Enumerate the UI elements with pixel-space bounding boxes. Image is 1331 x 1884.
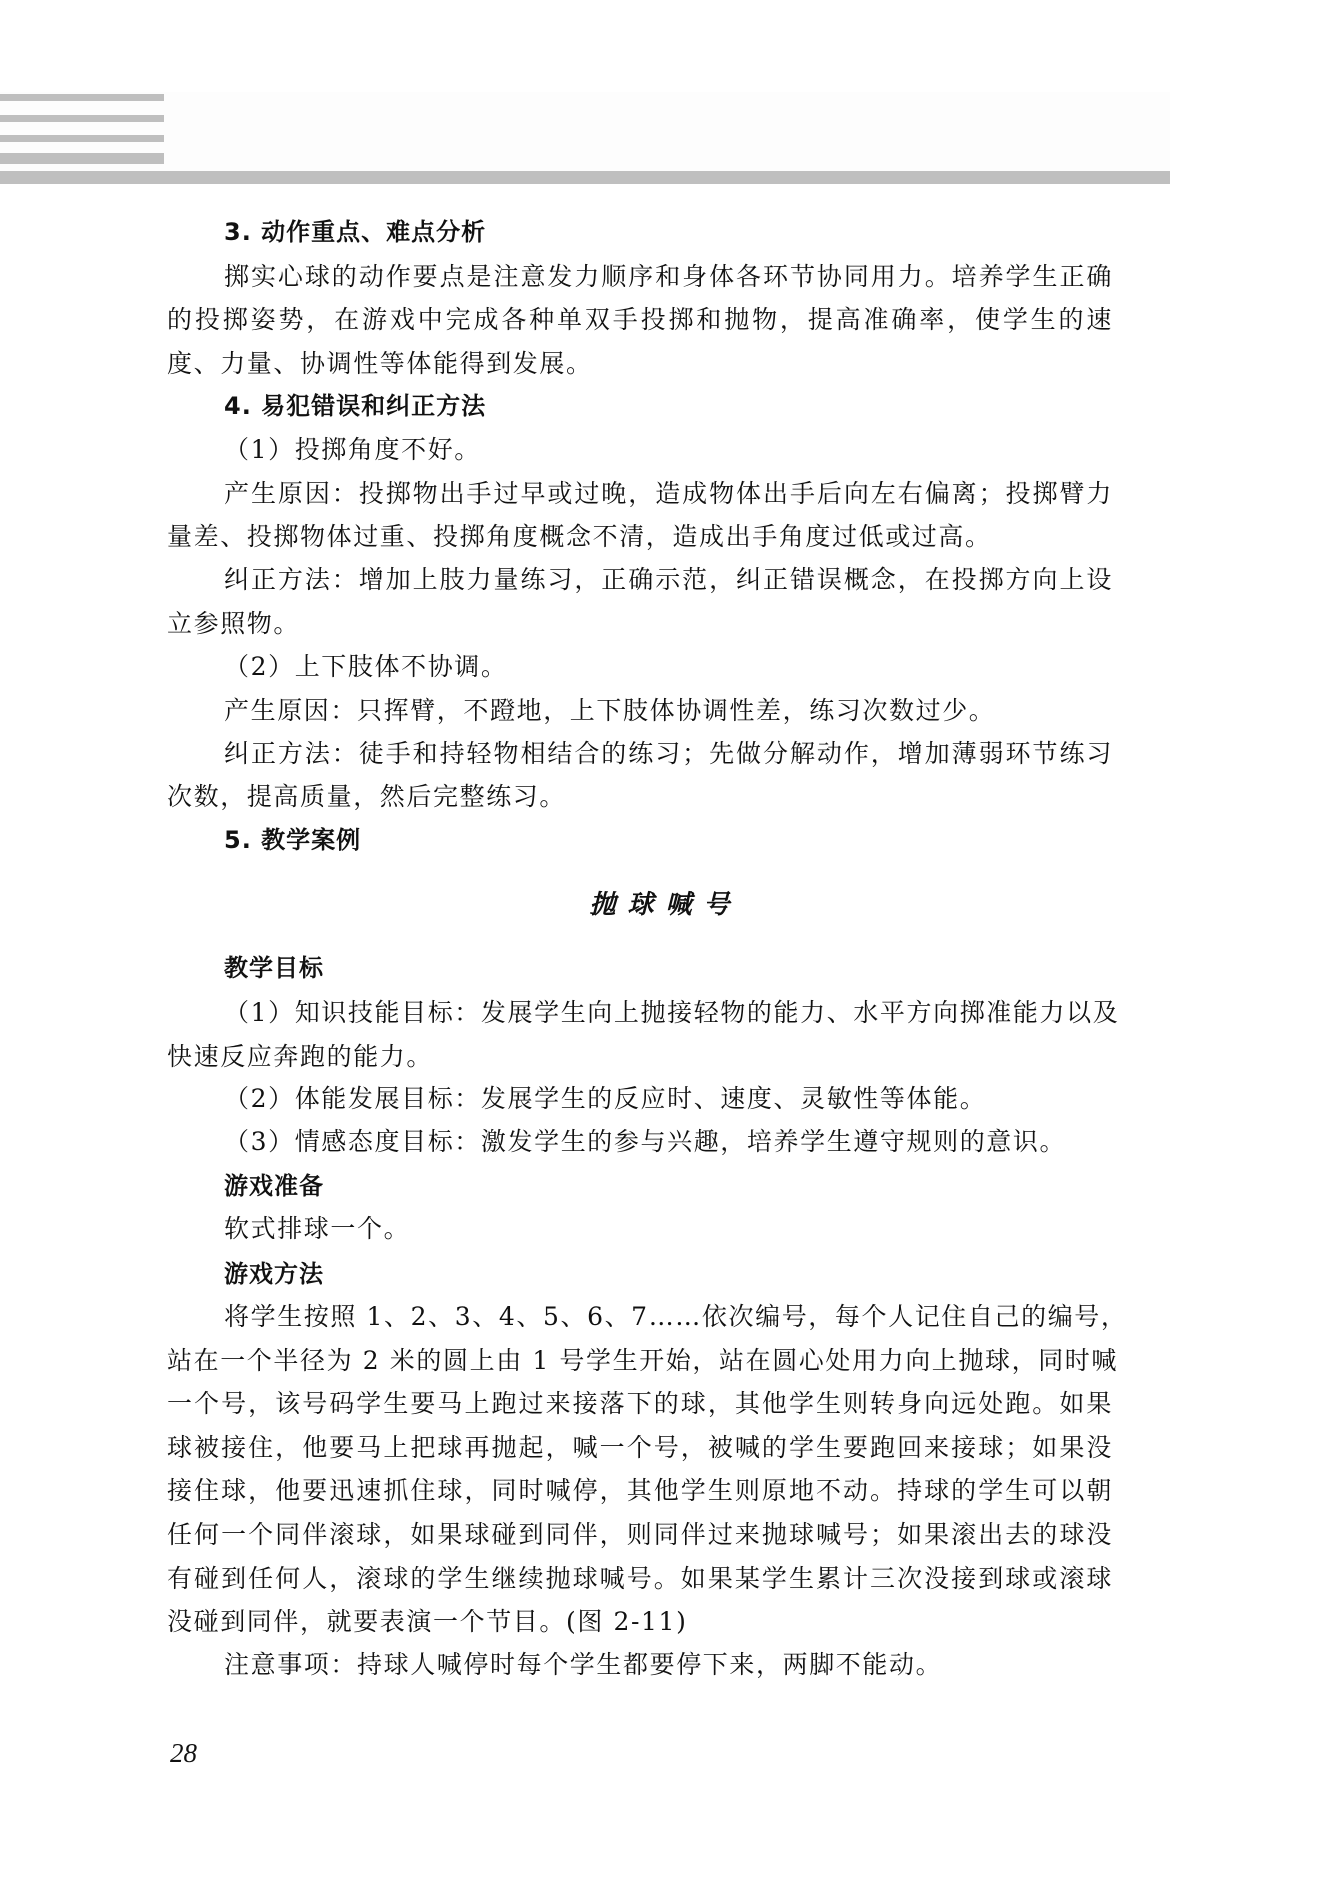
- paragraph-line: 纠正方法：增加上肢力量练习，正确示范，纠正错误概念，在投掷方向上设: [224, 565, 1113, 595]
- paragraph-line: 的投掷姿势，在游戏中完成各种单双手投掷和抛物，提高准确率，使学生的速: [167, 305, 1113, 335]
- section-5-heading: 5. 教学案例: [224, 825, 361, 855]
- section-4-heading: 4. 易犯错误和纠正方法: [224, 391, 486, 421]
- error-item-2-title: （2）上下肢体不协调。: [224, 652, 508, 682]
- method-line: 有碰到任何人，滚球的学生继续抛球喊号。如果某学生累计三次没接到球或滚球: [167, 1564, 1113, 1594]
- method-line: 球被接住，他要马上把球再抛起，喊一个号，被喊的学生要跑回来接球；如果没: [167, 1433, 1113, 1463]
- paragraph-line: 次数，提高质量，然后完整练习。: [167, 782, 566, 812]
- paragraph-line: 产生原因：只挥臂，不蹬地，上下肢体协调性差，练习次数过少。: [224, 696, 995, 726]
- header-band: [0, 171, 1170, 184]
- header-stripe: [0, 135, 164, 142]
- goals-heading: 教学目标: [224, 953, 324, 983]
- paragraph-line: 立参照物。: [167, 609, 300, 639]
- header-background: [0, 92, 1170, 172]
- method-heading: 游戏方法: [224, 1259, 324, 1289]
- paragraph-line: 产生原因：投掷物出手过早或过晚，造成物体出手后向左右偏离；投掷臂力: [224, 479, 1113, 509]
- error-item-1-title: （1）投掷角度不好。: [224, 435, 481, 465]
- paragraph-line: 掷实心球的动作要点是注意发力顺序和身体各环节协同用力。培养学生正确: [224, 262, 1113, 292]
- method-line: 任何一个同伴滚球，如果球碰到同伴，则同伴过来抛球喊号；如果滚出去的球没: [167, 1520, 1113, 1550]
- page-number: 28: [170, 1738, 197, 1769]
- goal-line: （1）知识技能目标：发展学生向上抛接轻物的能力、水平方向掷准能力以及: [224, 998, 1113, 1028]
- note-text: 注意事项：持球人喊停时每个学生都要停下来，两脚不能动。: [224, 1650, 942, 1680]
- header-stripe: [0, 115, 164, 122]
- paragraph-line: 度、力量、协调性等体能得到发展。: [167, 349, 593, 379]
- method-line: 将学生按照 1、2、3、4、5、6、7……依次编号，每个人记住自己的编号，: [224, 1302, 1113, 1332]
- prep-heading: 游戏准备: [224, 1171, 324, 1201]
- paragraph-line: 量差、投掷物体过重、投掷角度概念不清，造成出手角度过低或过高。: [167, 522, 992, 552]
- method-line: 接住球，他要迅速抓住球，同时喊停，其他学生则原地不动。持球的学生可以朝: [167, 1476, 1113, 1506]
- method-line: 一个号，该号码学生要马上跑过来接落下的球，其他学生则转身向远处跑。如果: [167, 1389, 1113, 1419]
- goal-line: 快速反应奔跑的能力。: [167, 1042, 433, 1072]
- section-3-heading: 3. 动作重点、难点分析: [224, 217, 486, 247]
- prep-text: 软式排球一个。: [224, 1214, 410, 1244]
- goal-line: （3）情感态度目标：激发学生的参与兴趣，培养学生遵守规则的意识。: [224, 1127, 1066, 1157]
- paragraph-line: 纠正方法：徒手和持轻物相结合的练习；先做分解动作，增加薄弱环节练习: [224, 739, 1113, 769]
- header-stripe: [0, 94, 164, 101]
- goal-line: （2）体能发展目标：发展学生的反应时、速度、灵敏性等体能。: [224, 1084, 986, 1114]
- case-title: 抛球喊号: [0, 884, 1331, 921]
- header-stripe: [0, 153, 164, 164]
- method-line: 没碰到同伴，就要表演一个节目。(图 2-11): [167, 1607, 687, 1637]
- method-line: 站在一个半径为 2 米的圆上由 1 号学生开始，站在圆心处用力向上抛球，同时喊: [167, 1346, 1113, 1376]
